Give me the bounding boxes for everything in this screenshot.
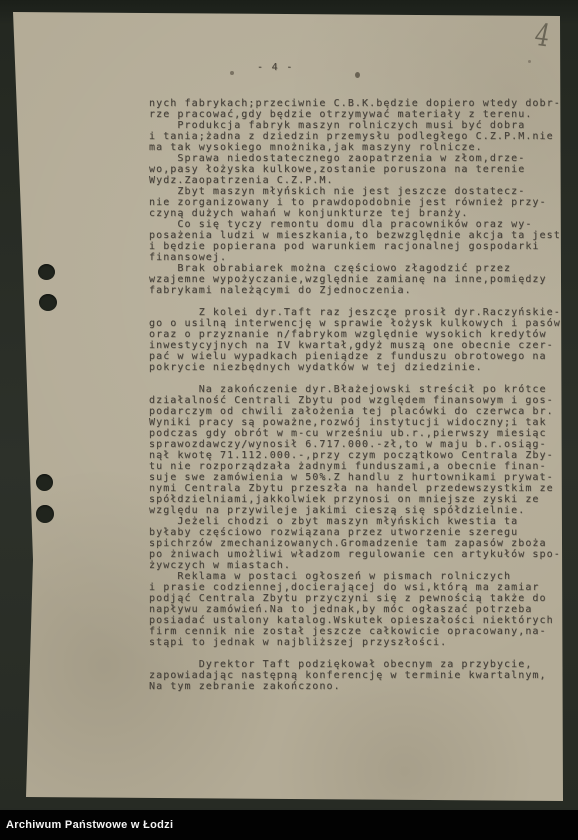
watermark-bar: Archiwum Państwowe w Łodzi xyxy=(0,810,578,840)
document-text: nych fabrykach;przeciwnie C.B.K.będzie d… xyxy=(149,98,563,692)
punch-hole xyxy=(36,505,54,523)
ink-speck xyxy=(528,60,531,63)
watermark-text: Archiwum Państwowe w Łodzi xyxy=(0,819,173,831)
ink-speck xyxy=(230,71,234,75)
ink-speck xyxy=(355,72,360,78)
punch-hole xyxy=(38,264,55,280)
handwritten-page-number: 4 xyxy=(534,17,553,55)
scanned-page: 4 - 4 - nych fabrykach;przeciwnie C.B.K.… xyxy=(0,0,578,812)
punch-hole xyxy=(39,294,57,311)
scan-viewport: 4 - 4 - nych fabrykach;przeciwnie C.B.K.… xyxy=(0,0,578,840)
typed-page-number: - 4 - xyxy=(257,62,294,73)
ink-speck xyxy=(386,315,389,318)
punch-hole xyxy=(36,474,53,491)
